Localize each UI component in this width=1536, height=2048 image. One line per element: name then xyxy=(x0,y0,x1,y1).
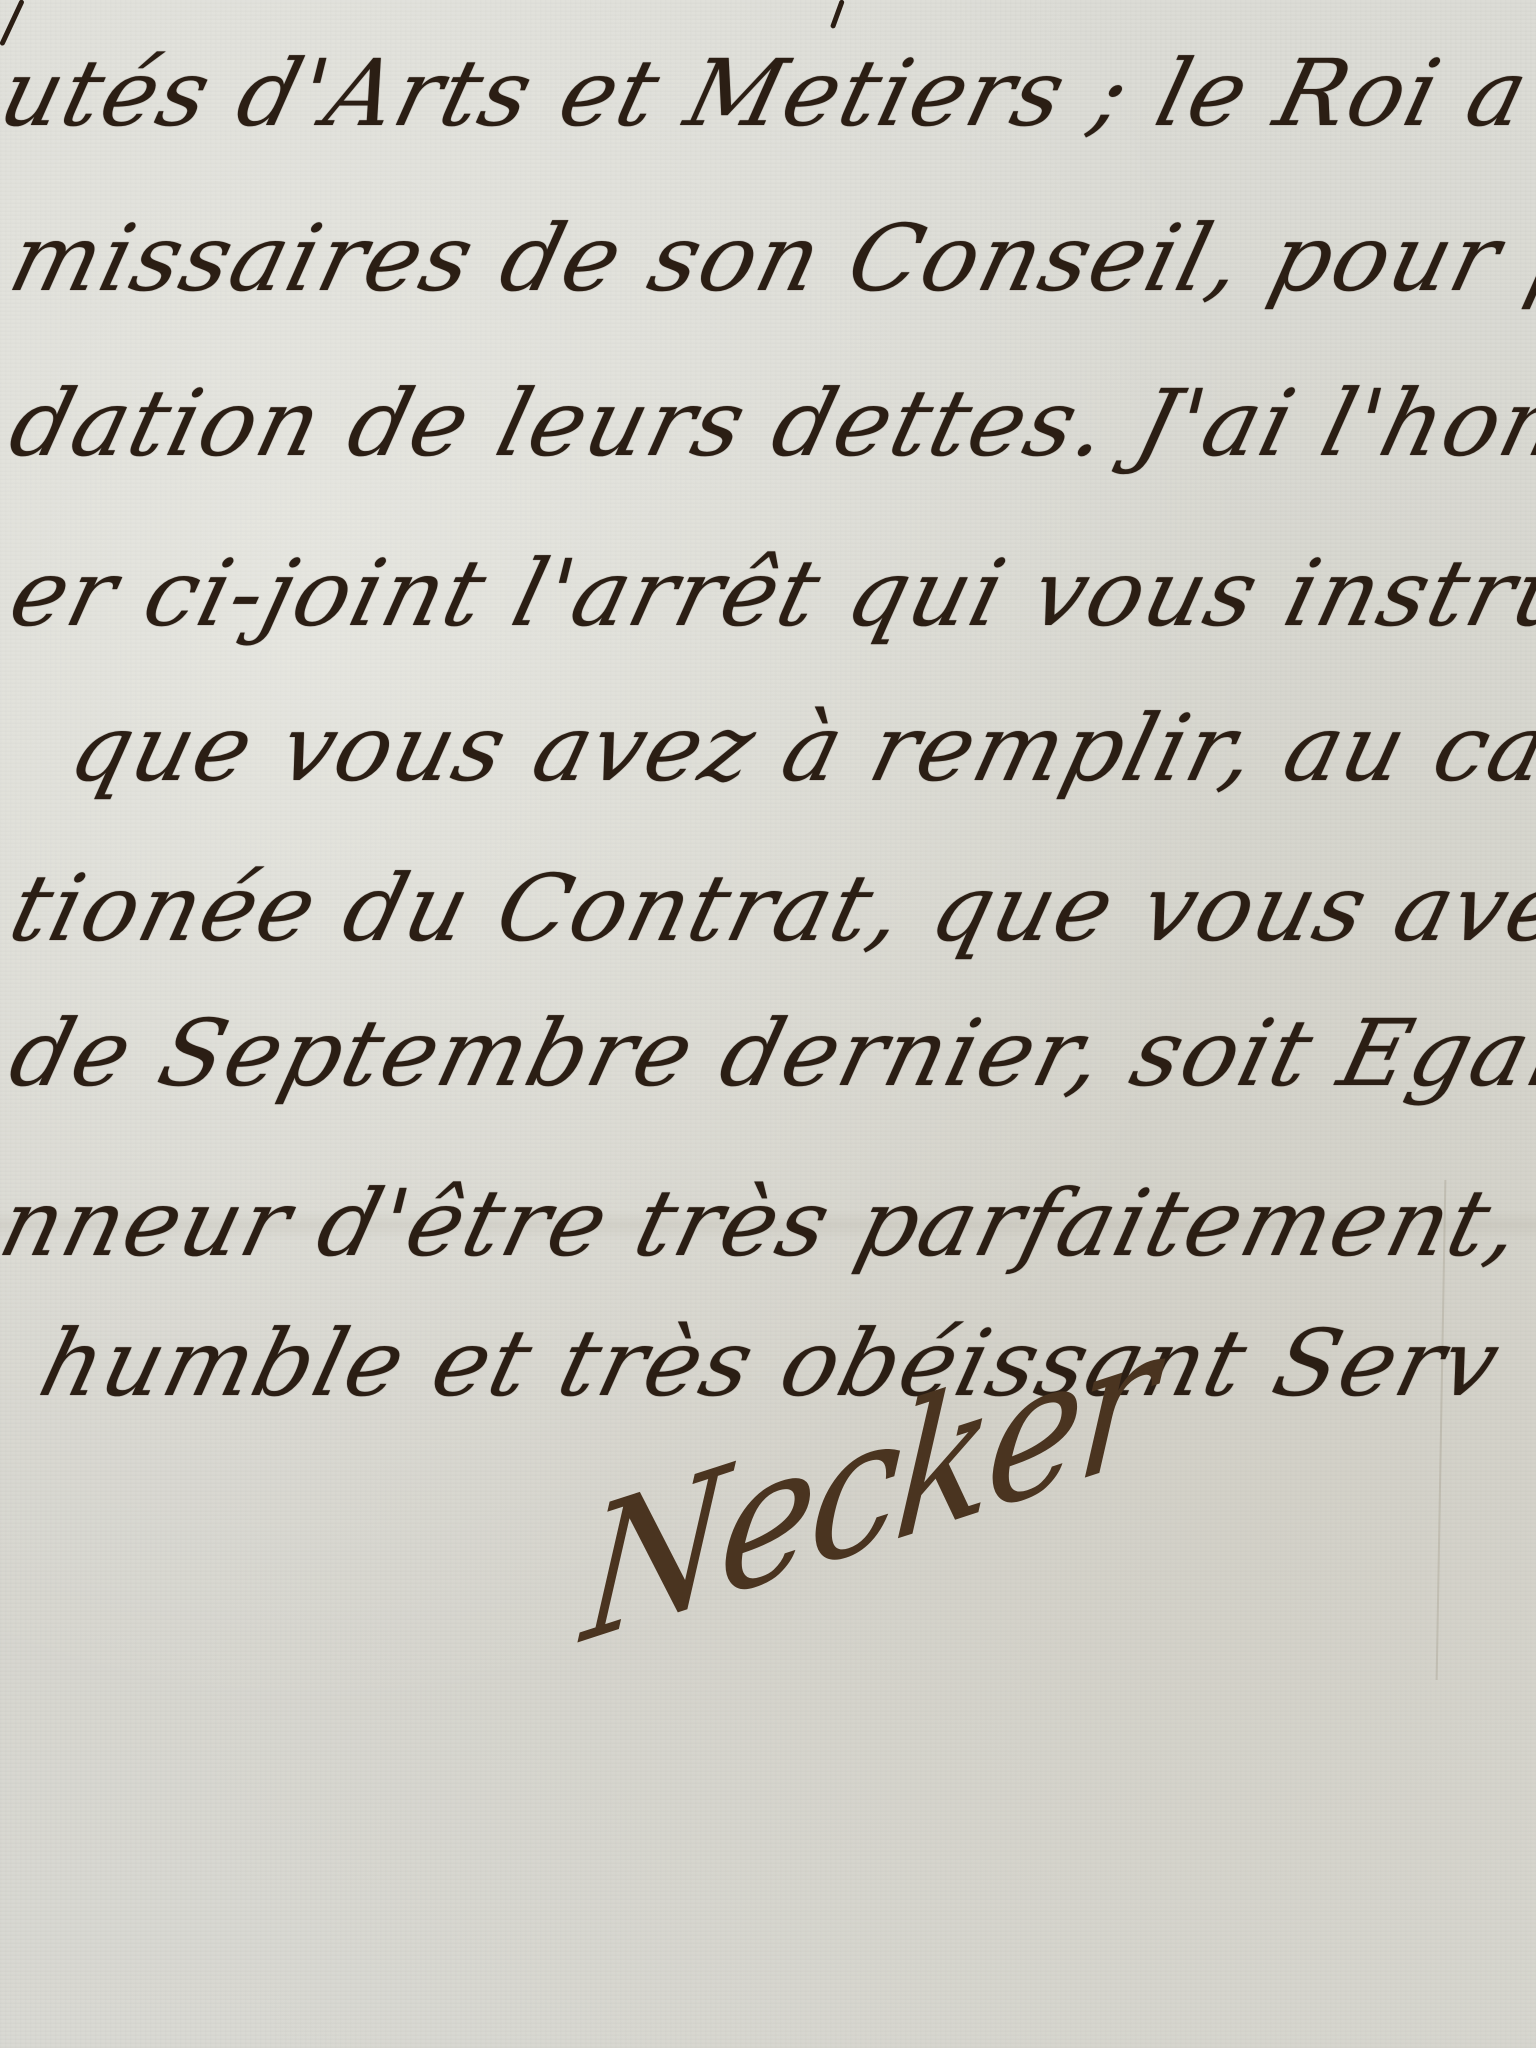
letter-line-2: missaires de son Conseil, pour pr xyxy=(0,205,1536,312)
letter-line-3: dation de leurs dettes. J'ai l'hon xyxy=(0,370,1536,477)
letter-line-8: nneur d'être très parfaitement, M xyxy=(0,1170,1536,1277)
ink-stroke xyxy=(830,0,845,29)
letter-line-7: de Septembre dernier, soit Egarée. xyxy=(0,1000,1536,1107)
letter-line-5: que vous avez à remplir, au cas xyxy=(60,695,1536,802)
letter-line-9: humble et très obéissant Serv xyxy=(30,1310,1511,1417)
letter-line-4: er ci-joint l'arrêt qui vous instru xyxy=(0,540,1536,647)
manuscript-page: utés d'Arts et Metiers ; le Roi a missai… xyxy=(0,0,1536,2048)
letter-line-6: tionée du Contrat, que vous avez e xyxy=(0,855,1536,962)
letter-line-1: utés d'Arts et Metiers ; le Roi a xyxy=(0,40,1536,147)
